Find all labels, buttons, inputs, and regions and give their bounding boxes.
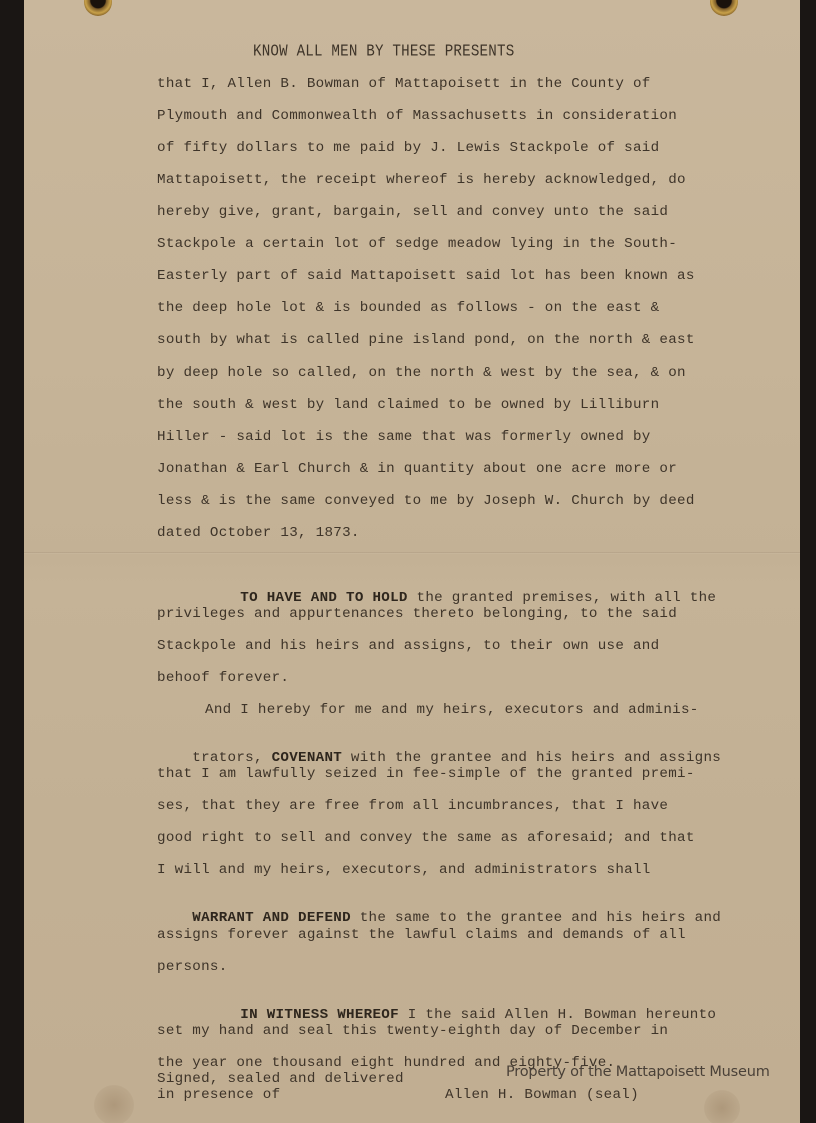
deed-paper: [24, 0, 800, 1123]
document-heading: KNOW ALL MEN BY THESE PRESENTS: [253, 43, 514, 61]
signed-sealed-line: Signed, sealed and delivered: [157, 1071, 404, 1087]
p2-line: behoof forever.: [157, 670, 289, 686]
paper-stain: [94, 1085, 134, 1123]
p1-line: Hiller - said lot is the same that was f…: [157, 429, 651, 445]
p1-line: Plymouth and Commonwealth of Massachuset…: [157, 108, 677, 124]
p2-line: privileges and appurtenances thereto bel…: [157, 606, 677, 622]
p3-line: And I hereby for me and my heirs, execut…: [205, 702, 699, 718]
testimonium-label: IN WITNESS WHEREOF: [240, 1007, 399, 1023]
p3-line: that I am lawfully seized in fee-simple …: [157, 766, 695, 782]
p1-line: that I, Allen B. Bowman of Mattapoisett …: [157, 76, 651, 92]
deed-text: KNOW ALL MEN BY THESE PRESENTS that I, A…: [157, 0, 175, 656]
habendum-clause-label: TO HAVE AND TO HOLD: [240, 590, 407, 606]
p2-first-rest: the granted premises, with all the: [408, 590, 717, 606]
p3-line: I will and my heirs, executors, and admi…: [157, 862, 651, 878]
in-presence-line: in presence of: [157, 1087, 280, 1103]
p3-warrant-rest: the same to the grantee and his heirs an…: [351, 910, 721, 926]
p3-line: good right to sell and convey the same a…: [157, 830, 695, 846]
p3-second-pre: trators,: [192, 750, 271, 766]
p1-line: dated October 13, 1873.: [157, 525, 360, 541]
paper-stain: [704, 1090, 740, 1123]
p1-line: Mattapoisett, the receipt whereof is her…: [157, 172, 686, 188]
warrant-defend-label: WARRANT AND DEFEND: [192, 910, 351, 926]
p1-line: south by what is called pine island pond…: [157, 332, 695, 348]
grommet-left: [84, 0, 112, 16]
p1-line: Stackpole a certain lot of sedge meadow …: [157, 236, 677, 252]
p4-line: set my hand and seal this twenty-eighth …: [157, 1023, 668, 1039]
p1-line: the deep hole lot & is bounded as follow…: [157, 300, 659, 316]
grommet-right: [710, 0, 738, 16]
p3-line: ses, that they are free from all incumbr…: [157, 798, 668, 814]
covenant-label: COVENANT: [272, 750, 343, 766]
p1-line: the south & west by land claimed to be o…: [157, 397, 659, 413]
p3-line: assigns forever against the lawful claim…: [157, 927, 686, 943]
p1-line: Easterly part of said Mattapoisett said …: [157, 268, 695, 284]
signer-name: Allen H. Bowman (seal): [445, 1087, 639, 1103]
p1-line: hereby give, grant, bargain, sell and co…: [157, 204, 668, 220]
museum-watermark: Property of the Mattapoisett Museum: [506, 1064, 770, 1080]
fold-crease: [24, 552, 800, 554]
p4-first-rest: I the said Allen H. Bowman hereunto: [399, 1007, 716, 1023]
p1-line: Jonathan & Earl Church & in quantity abo…: [157, 461, 677, 477]
p3-second-post: with the grantee and his heirs and assig…: [342, 750, 721, 766]
p1-line: by deep hole so called, on the north & w…: [157, 365, 686, 381]
p3-line: persons.: [157, 959, 228, 975]
p2-line: Stackpole and his heirs and assigns, to …: [157, 638, 659, 654]
p1-line: less & is the same conveyed to me by Jos…: [157, 493, 695, 509]
p1-line: of fifty dollars to me paid by J. Lewis …: [157, 140, 659, 156]
